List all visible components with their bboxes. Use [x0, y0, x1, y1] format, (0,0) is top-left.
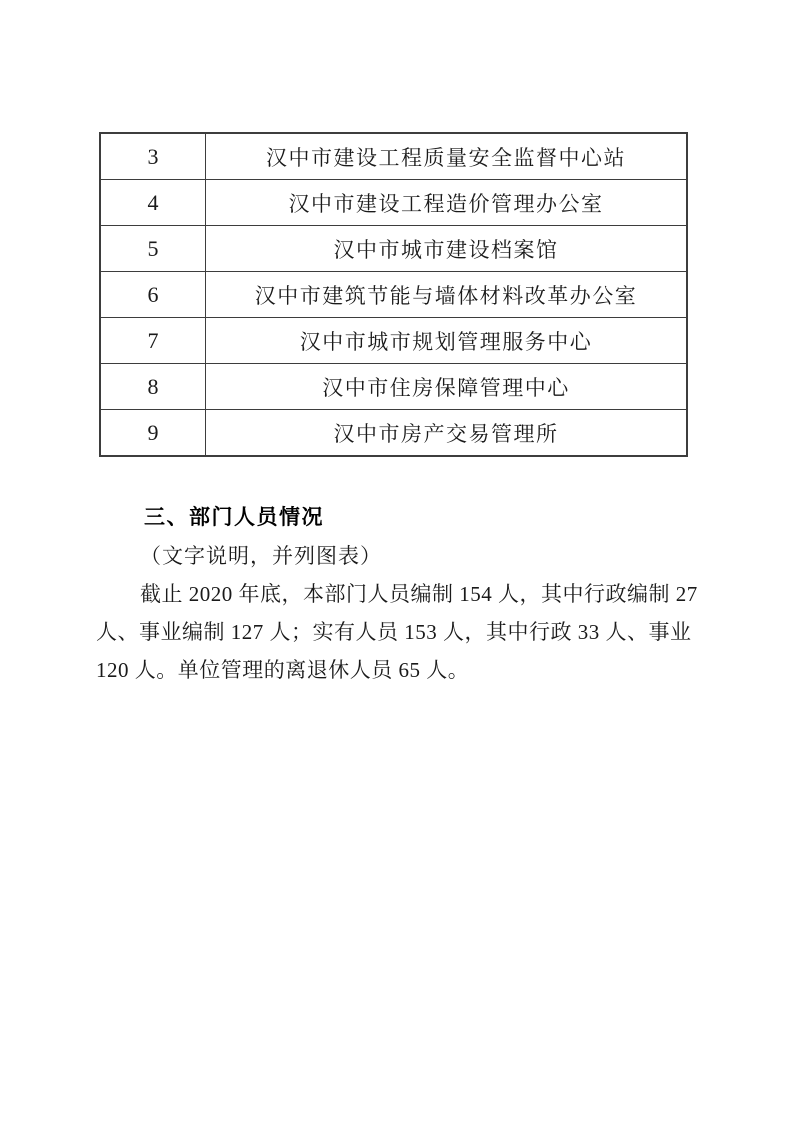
unit-name-cell: 汉中市住房保障管理中心 [206, 364, 688, 410]
unit-name-cell: 汉中市城市规划管理服务中心 [206, 318, 688, 364]
table-row: 4 汉中市建设工程造价管理办公室 [100, 180, 687, 226]
table-row: 8 汉中市住房保障管理中心 [100, 364, 687, 410]
row-number-cell: 7 [100, 318, 206, 364]
row-number-cell: 6 [100, 272, 206, 318]
row-number-cell: 3 [100, 133, 206, 180]
row-number-cell: 8 [100, 364, 206, 410]
unit-name-cell: 汉中市城市建设档案馆 [206, 226, 688, 272]
note-line: （文字说明，并列图表） [96, 537, 696, 575]
unit-name-cell: 汉中市建筑节能与墙体材料改革办公室 [206, 272, 688, 318]
paragraph-line: 截止 2020 年底，本部门人员编制 154 人，其中行政编制 27 [96, 575, 696, 613]
subordinate-units-table: 3 汉中市建设工程质量安全监督中心站 4 汉中市建设工程造价管理办公室 5 汉中… [99, 132, 688, 457]
paragraph-line: 人、事业编制 127 人；实有人员 153 人，其中行政 33 人、事业 [96, 613, 696, 651]
unit-name-cell: 汉中市建设工程造价管理办公室 [206, 180, 688, 226]
personnel-section: 三、部门人员情况 （文字说明，并列图表） 截止 2020 年底，本部门人员编制 … [96, 499, 696, 689]
table-row: 6 汉中市建筑节能与墙体材料改革办公室 [100, 272, 687, 318]
section-heading: 三、部门人员情况 [96, 499, 696, 537]
table-row: 9 汉中市房产交易管理所 [100, 410, 687, 457]
subordinate-units-table-body: 3 汉中市建设工程质量安全监督中心站 4 汉中市建设工程造价管理办公室 5 汉中… [100, 133, 687, 456]
row-number-cell: 5 [100, 226, 206, 272]
row-number-cell: 4 [100, 180, 206, 226]
paragraph-line: 120 人。单位管理的离退休人员 65 人。 [96, 651, 696, 689]
unit-name-cell: 汉中市建设工程质量安全监督中心站 [206, 133, 688, 180]
table-row: 5 汉中市城市建设档案馆 [100, 226, 687, 272]
table-row: 7 汉中市城市规划管理服务中心 [100, 318, 687, 364]
table-row: 3 汉中市建设工程质量安全监督中心站 [100, 133, 687, 180]
unit-name-cell: 汉中市房产交易管理所 [206, 410, 688, 457]
row-number-cell: 9 [100, 410, 206, 457]
document-page: 3 汉中市建设工程质量安全监督中心站 4 汉中市建设工程造价管理办公室 5 汉中… [0, 0, 793, 1122]
